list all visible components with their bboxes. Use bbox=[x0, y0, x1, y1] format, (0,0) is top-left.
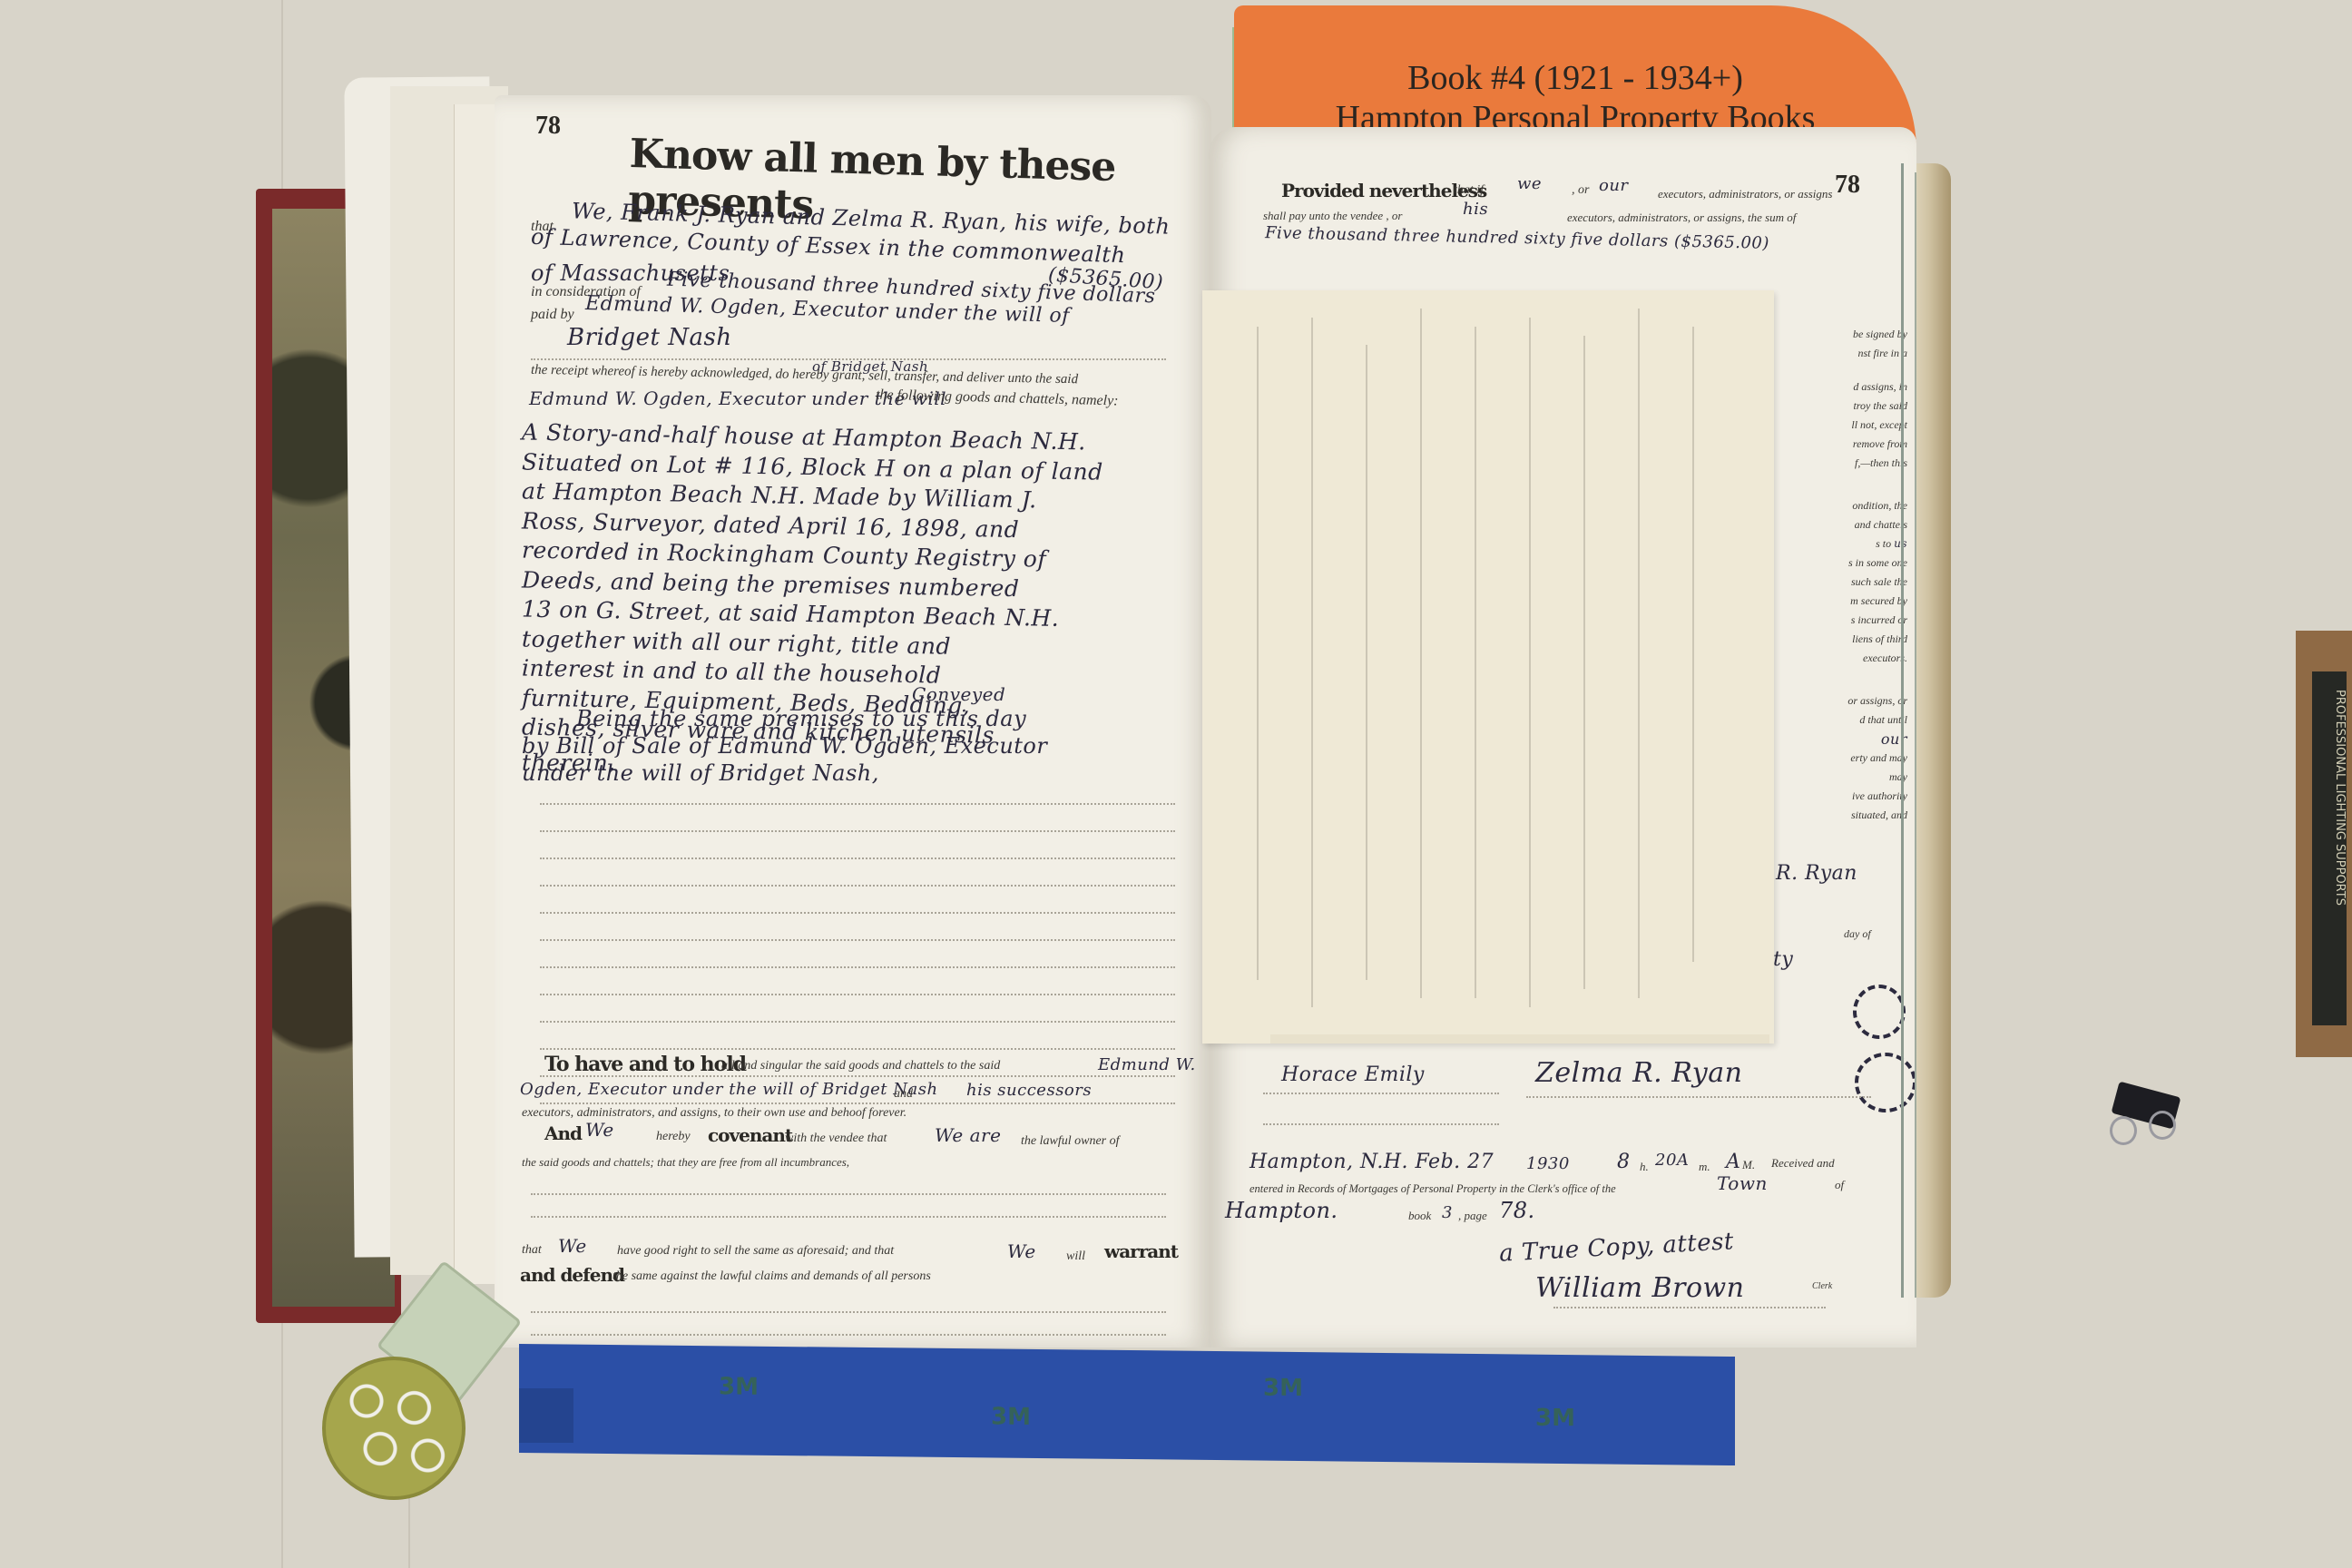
partial-line: ive authority bbox=[1771, 787, 1907, 806]
habendum-handwritten-1: Edmund W. bbox=[1098, 1055, 1196, 1074]
page-number-left: 78 bbox=[535, 112, 561, 141]
inserted-note-fold bbox=[1270, 1034, 1769, 1044]
proviso-we-handwritten: we bbox=[1517, 174, 1542, 193]
recording-received-label: Received and bbox=[1771, 1156, 1835, 1171]
habendum-text: all and singular the said goods and chat… bbox=[721, 1059, 1000, 1073]
covenant-hereby-label: hereby bbox=[656, 1130, 691, 1144]
conveyed-insert: Conveyed bbox=[912, 683, 1005, 705]
provenance-line: Being the same premises to us this day bbox=[522, 705, 1193, 732]
partial-line: ondition, the bbox=[1771, 496, 1907, 515]
recording-page-number: 78. bbox=[1499, 1198, 1535, 1223]
binder-clip-handle bbox=[2110, 1116, 2137, 1145]
recording-page-label: , page bbox=[1458, 1209, 1487, 1223]
partial-line: executors. bbox=[1771, 649, 1907, 668]
partial-line: may bbox=[1771, 768, 1907, 787]
witness-signature: Horace Emily bbox=[1281, 1063, 1425, 1086]
binder-clip-handle bbox=[2149, 1111, 2176, 1140]
dotted-rule bbox=[540, 857, 1175, 859]
partial-line-text: s to bbox=[1876, 537, 1891, 550]
proviso-or-label: , or bbox=[1572, 183, 1589, 198]
partial-line: s in some one bbox=[1771, 554, 1907, 573]
provenance-block: Being the same premises to us this day b… bbox=[522, 705, 1193, 787]
habendum-text-2: executors, administrators, and assigns, … bbox=[522, 1106, 906, 1121]
partial-line: such sale the bbox=[1771, 573, 1907, 592]
proviso-amount-handwritten: Five thousand three hundred sixty five d… bbox=[1265, 223, 1769, 253]
warranty-will-label: will bbox=[1066, 1249, 1085, 1264]
warranty-text-1: have good right to sell the same as afor… bbox=[617, 1244, 894, 1259]
warranty-we-handwritten-2: We bbox=[1007, 1240, 1036, 1262]
covenant-word: covenant bbox=[708, 1124, 792, 1146]
dotted-rule bbox=[1263, 1093, 1499, 1094]
recording-year: 1930 bbox=[1526, 1154, 1570, 1173]
signer-signature: Zelma R. Ryan bbox=[1535, 1057, 1742, 1089]
clerk-label: Clerk bbox=[1812, 1281, 1832, 1291]
paid-by-label: paid by bbox=[531, 307, 574, 323]
partial-line: situated, and bbox=[1771, 806, 1907, 825]
recording-book-number: 3 bbox=[1442, 1203, 1453, 1222]
partial-line: s to us bbox=[1771, 534, 1907, 554]
partial-line: be signed by bbox=[1771, 325, 1907, 344]
seal-mark-1 bbox=[1853, 985, 1906, 1039]
proviso-his-handwritten: his bbox=[1463, 200, 1488, 219]
recording-town-name: Hampton. bbox=[1225, 1198, 1338, 1223]
recording-m2-label: M. bbox=[1742, 1158, 1755, 1172]
dotted-rule bbox=[540, 1021, 1175, 1023]
dotted-rule bbox=[540, 803, 1175, 805]
clerk-signature: William Brown bbox=[1535, 1272, 1745, 1304]
bleedthrough-writing bbox=[1583, 336, 1585, 989]
proviso-text-3: shall pay unto the vendee , or bbox=[1263, 209, 1402, 223]
left-page: 78 Know all men by these presents that W… bbox=[495, 95, 1211, 1347]
dotted-rule bbox=[1553, 1307, 1826, 1308]
page-weight-disc bbox=[322, 1357, 465, 1500]
covenant-we-are-handwritten: We are bbox=[935, 1124, 1001, 1146]
tape-logo: 3M bbox=[1263, 1375, 1303, 1402]
partial-line: s incurred or bbox=[1771, 611, 1907, 630]
seal-mark-2 bbox=[1855, 1053, 1916, 1112]
box-label-line1: PROFESSIONAL bbox=[2333, 690, 2347, 779]
paid-by-handwritten-2: Bridget Nash bbox=[567, 324, 732, 351]
insert-handwritten: of Bridget Nash bbox=[812, 358, 928, 375]
partial-line: d assigns, in bbox=[1771, 377, 1907, 397]
tape-logo: 3M bbox=[1535, 1405, 1575, 1432]
bleedthrough-writing bbox=[1638, 309, 1640, 998]
bleedthrough-writing bbox=[1529, 318, 1531, 1007]
dotted-rule bbox=[531, 1311, 1166, 1313]
habendum-handwritten-2: Ogden, Executor under the will of Bridge… bbox=[520, 1080, 938, 1099]
dotted-rule bbox=[540, 966, 1175, 968]
partial-line: nst fire in a bbox=[1771, 344, 1907, 363]
habendum-handwritten-3: his successors bbox=[966, 1081, 1092, 1100]
partial-line: ll not, except bbox=[1771, 416, 1907, 435]
bleedthrough-writing bbox=[1475, 327, 1476, 998]
recording-am: A bbox=[1726, 1151, 1740, 1173]
habendum-and-label: and bbox=[894, 1087, 913, 1102]
dotted-rule bbox=[531, 1216, 1166, 1218]
dotted-rule bbox=[1263, 1123, 1499, 1125]
recording-book-label: book bbox=[1408, 1209, 1431, 1223]
tape-folded-end bbox=[519, 1388, 573, 1443]
partial-line: m secured by bbox=[1771, 592, 1907, 611]
covenant-text-2: the said goods and chattels; that they a… bbox=[522, 1155, 849, 1170]
dotted-rule bbox=[540, 1048, 1175, 1050]
dotted-rule bbox=[531, 1193, 1166, 1195]
dotted-rule bbox=[540, 1102, 1175, 1104]
dotted-rule bbox=[540, 885, 1175, 887]
book-label-line1: Book #4 (1921 - 1934+) bbox=[1234, 58, 1916, 98]
partial-line: f,—then this bbox=[1771, 454, 1907, 473]
recording-hour: 8 bbox=[1617, 1151, 1631, 1173]
blue-painters-tape: 3M 3M 3M 3M bbox=[519, 1344, 1735, 1465]
dotted-rule bbox=[1526, 1096, 1871, 1098]
warranty-we-handwritten: We bbox=[558, 1235, 587, 1257]
partial-line: erty and may bbox=[1771, 749, 1907, 768]
bleedthrough-writing bbox=[1692, 327, 1694, 962]
provenance-line: under the will of Bridget Nash, bbox=[522, 759, 1193, 787]
proviso-text-4: executors, administrators, or assigns, t… bbox=[1567, 211, 1796, 225]
warranty-defend-word: and defend bbox=[520, 1264, 624, 1286]
recording-minutes: 20A bbox=[1655, 1151, 1689, 1170]
box-label-text: PROFESSIONAL LIGHTING SUPPORTS bbox=[2312, 690, 2347, 1016]
bleedthrough-writing bbox=[1366, 345, 1367, 980]
warranty-text-2: the same against the lawful claims and d… bbox=[612, 1269, 931, 1284]
dotted-rule bbox=[540, 994, 1175, 995]
proviso-text-2: executors, administrators, or assigns bbox=[1658, 187, 1832, 201]
proviso-our-handwritten: our bbox=[1599, 176, 1629, 195]
bleedthrough-writing bbox=[1311, 318, 1313, 1007]
warranty-that-label: that bbox=[522, 1243, 542, 1258]
recording-place-date: Hampton, N.H. Feb. 27 bbox=[1249, 1151, 1494, 1173]
page-edge-line bbox=[1915, 172, 1916, 1298]
partial-line: remove from bbox=[1771, 435, 1907, 454]
tape-logo: 3M bbox=[719, 1373, 759, 1400]
covenant-we-handwritten: We bbox=[585, 1119, 614, 1141]
covenant-with-label: with the vendee that bbox=[785, 1132, 887, 1146]
recording-h-label: h. bbox=[1640, 1160, 1649, 1174]
page-edge-line bbox=[1901, 163, 1904, 1298]
partial-day-of: day of bbox=[1844, 927, 1871, 941]
recording-entered-label: entered in Records of Mortgages of Perso… bbox=[1249, 1182, 1616, 1196]
bleedthrough-writing bbox=[1257, 327, 1259, 980]
box-label-line2: LIGHTING SUPPORTS bbox=[2333, 783, 2347, 906]
dotted-rule bbox=[531, 1334, 1166, 1336]
dotted-rule bbox=[540, 939, 1175, 941]
partial-ryan-signature: R. Ryan bbox=[1776, 862, 1857, 885]
proviso-text-1: that if bbox=[1454, 183, 1484, 198]
partial-line: d that until bbox=[1771, 710, 1907, 730]
recording-of-label: of bbox=[1835, 1178, 1844, 1192]
partial-line: or assigns, or bbox=[1771, 691, 1907, 710]
bleedthrough-writing bbox=[1420, 309, 1422, 998]
provenance-line: by Bill of Sale of Edmund W. Ogden, Exec… bbox=[522, 732, 1193, 759]
partial-our-handwritten: our bbox=[1771, 730, 1907, 749]
partial-line: and chattels bbox=[1771, 515, 1907, 534]
dotted-rule bbox=[540, 830, 1175, 832]
recording-m-label: m. bbox=[1699, 1160, 1710, 1174]
habendum-heading: To have and to hold bbox=[544, 1053, 746, 1076]
attest-handwritten: a True Copy, attest bbox=[1498, 1228, 1734, 1268]
partial-clauses-upper: be signed by nst fire in a d assigns, in… bbox=[1771, 325, 1907, 825]
tape-logo: 3M bbox=[991, 1403, 1031, 1430]
partial-line: liens of third bbox=[1771, 630, 1907, 649]
partial-line: troy the said bbox=[1771, 397, 1907, 416]
covenant-and-label: And bbox=[544, 1122, 582, 1144]
page-number-right: 78 bbox=[1835, 171, 1860, 200]
dotted-rule bbox=[540, 912, 1175, 914]
inserted-loose-note bbox=[1202, 290, 1774, 1044]
partial-county-handwritten: ty bbox=[1773, 948, 1793, 971]
warranty-warrant-word: warrant bbox=[1104, 1240, 1178, 1262]
recording-town-handwritten: Town bbox=[1717, 1172, 1768, 1194]
covenant-owner-label: the lawful owner of bbox=[1021, 1134, 1120, 1149]
receipt-text: the receipt whereof is hereby acknowledg… bbox=[531, 363, 1078, 388]
